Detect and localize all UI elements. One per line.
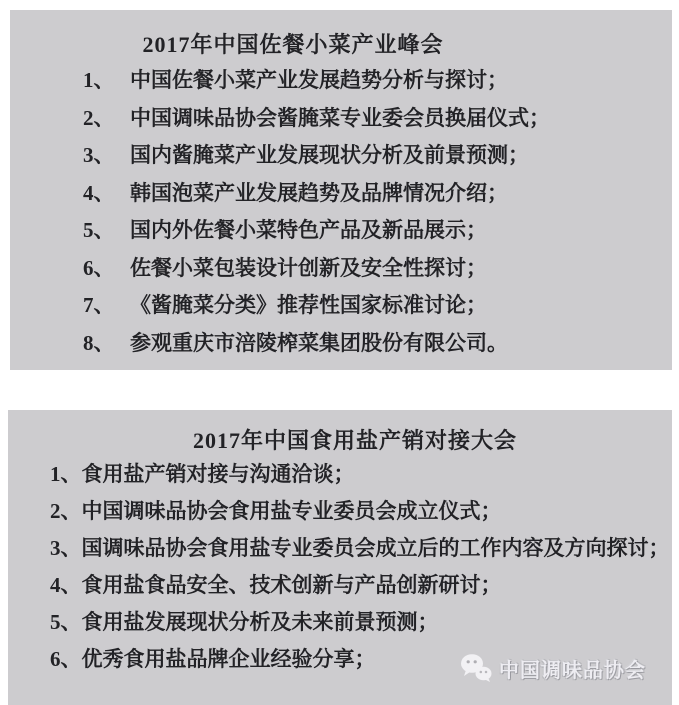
- item-number: 5、: [50, 604, 82, 641]
- list-item: 8、 参观重庆市涪陵榨菜集团股份有限公司。: [83, 325, 664, 363]
- item-text: 国内酱腌菜产业发展现状分析及前景预测；: [130, 137, 529, 175]
- summit-agenda-panel: 2017年中国佐餐小菜产业峰会 1、 中国佐餐小菜产业发展趋势分析与探讨； 2、…: [10, 10, 672, 370]
- item-text: 中国调味品协会食用盐专业委员会成立仪式；: [82, 493, 502, 530]
- list-item: 4、 韩国泡菜产业发展趋势及品牌情况介绍；: [83, 175, 664, 213]
- salt-agenda-list: 1、 食用盐产销对接与沟通洽谈； 2、 中国调味品协会食用盐专业委员会成立仪式；…: [8, 456, 672, 678]
- item-number: 6、: [50, 641, 82, 678]
- item-text: 佐餐小菜包装设计创新及安全性探讨；: [130, 250, 487, 288]
- summit-panel-title: 2017年中国佐餐小菜产业峰会: [10, 10, 672, 60]
- item-text: 国调味品协会食用盐专业委员会成立后的工作内容及方向探讨；: [82, 530, 670, 567]
- salt-panel-title: 2017年中国食用盐产销对接大会: [8, 410, 672, 456]
- item-number: 7、: [83, 287, 130, 325]
- list-item: 3、 国内酱腌菜产业发展现状分析及前景预测；: [83, 137, 664, 175]
- item-text: 食用盐食品安全、技术创新与产品创新研讨；: [82, 567, 502, 604]
- item-text: 优秀食用盐品牌企业经验分享；: [82, 641, 376, 678]
- list-item: 5、 食用盐发展现状分析及未来前景预测；: [50, 604, 664, 641]
- item-text: 中国调味品协会酱腌菜专业委会员换届仪式；: [130, 100, 550, 138]
- list-item: 7、 《酱腌菜分类》推荐性国家标准讨论；: [83, 287, 664, 325]
- item-text: 中国佐餐小菜产业发展趋势分析与探讨；: [130, 62, 508, 100]
- item-text: 食用盐产销对接与沟通洽谈；: [82, 456, 355, 493]
- list-item: 1、 食用盐产销对接与沟通洽谈；: [50, 456, 664, 493]
- wechat-bubbles-icon: [460, 653, 492, 683]
- watermark: 中国调味品协会: [460, 653, 646, 683]
- item-number: 6、: [83, 250, 130, 288]
- item-text: 韩国泡菜产业发展趋势及品牌情况介绍；: [130, 175, 508, 213]
- list-item: 2、 中国调味品协会酱腌菜专业委会员换届仪式；: [83, 100, 664, 138]
- list-item: 2、 中国调味品协会食用盐专业委员会成立仪式；: [50, 493, 664, 530]
- item-number: 1、: [50, 456, 82, 493]
- item-number: 3、: [50, 530, 82, 567]
- item-number: 8、: [83, 325, 130, 363]
- item-number: 5、: [83, 212, 130, 250]
- item-number: 3、: [83, 137, 130, 175]
- list-item: 5、 国内外佐餐小菜特色产品及新品展示；: [83, 212, 664, 250]
- item-number: 2、: [50, 493, 82, 530]
- list-item: 3、 国调味品协会食用盐专业委员会成立后的工作内容及方向探讨；: [50, 530, 664, 567]
- item-number: 1、: [83, 62, 130, 100]
- item-number: 4、: [83, 175, 130, 213]
- item-text: 《酱腌菜分类》推荐性国家标准讨论；: [130, 287, 487, 325]
- list-item: 6、 佐餐小菜包装设计创新及安全性探讨；: [83, 250, 664, 288]
- summit-agenda-list: 1、 中国佐餐小菜产业发展趋势分析与探讨； 2、 中国调味品协会酱腌菜专业委会员…: [10, 62, 672, 362]
- item-text: 国内外佐餐小菜特色产品及新品展示；: [130, 212, 487, 250]
- item-number: 4、: [50, 567, 82, 604]
- watermark-label: 中国调味品协会: [499, 654, 646, 683]
- item-text: 食用盐发展现状分析及未来前景预测；: [82, 604, 439, 641]
- list-item: 4、 食用盐食品安全、技术创新与产品创新研讨；: [50, 567, 664, 604]
- list-item: 1、 中国佐餐小菜产业发展趋势分析与探讨；: [83, 62, 664, 100]
- page: { "page": { "bg": "#ffffff", "panel_bg":…: [0, 0, 679, 705]
- item-number: 2、: [83, 100, 130, 138]
- salt-agenda-panel: 2017年中国食用盐产销对接大会 1、 食用盐产销对接与沟通洽谈； 2、 中国调…: [8, 410, 672, 705]
- item-text: 参观重庆市涪陵榨菜集团股份有限公司。: [130, 325, 508, 363]
